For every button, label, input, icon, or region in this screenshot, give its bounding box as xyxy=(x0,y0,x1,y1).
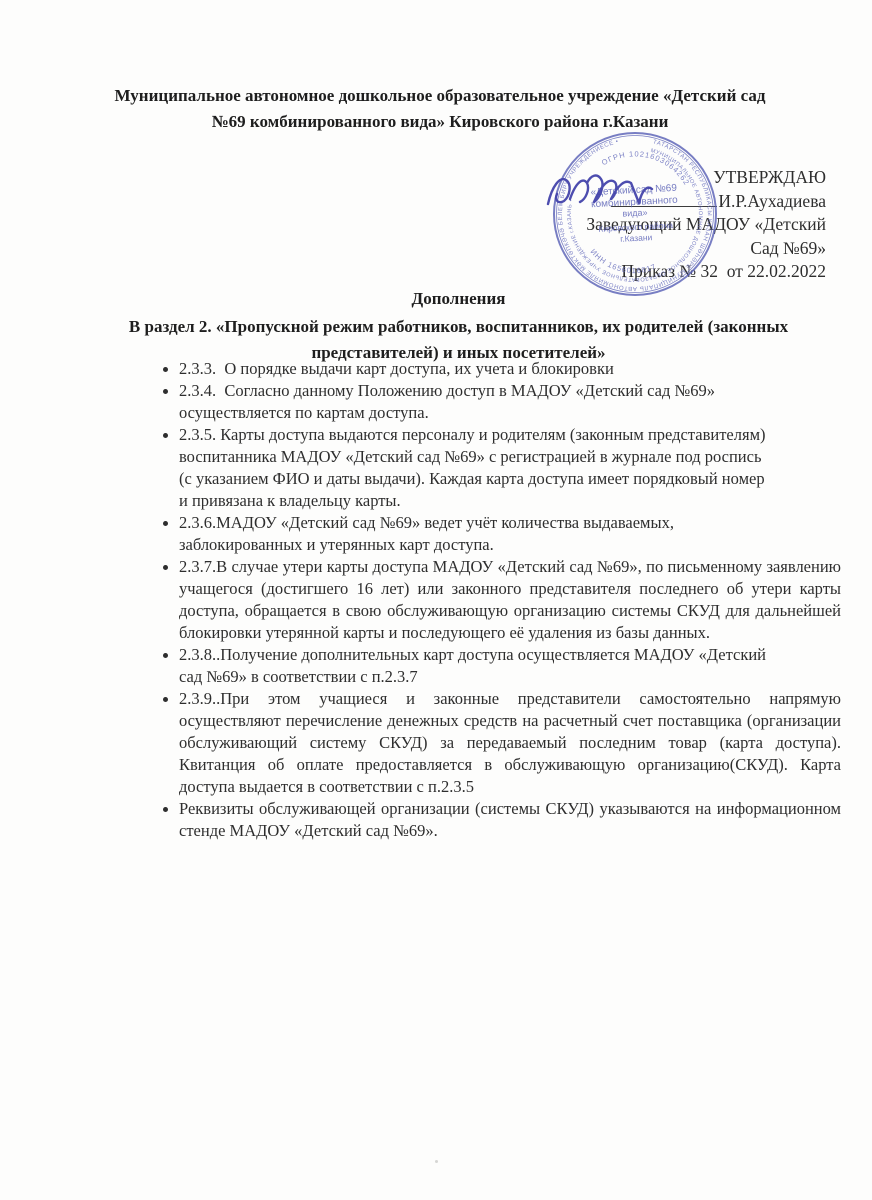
document-list: 2.3.3. О порядке выдачи карт доступа, их… xyxy=(160,358,841,842)
list-item: 2.3.8..Получение дополнительных карт дос… xyxy=(160,644,841,688)
list-item: 2.3.9..При этом учащиеся и законные пред… xyxy=(160,688,841,798)
scanned-document-page: Муниципальное автономное дошкольное обра… xyxy=(0,0,872,1200)
signatory-position-line2: Сад №69» xyxy=(496,237,826,261)
scan-speck xyxy=(435,1160,438,1163)
list-item: 2.3.5. Карты доступа выдаются персоналу … xyxy=(160,424,841,512)
approval-block: УТВЕРЖДАЮ И.Р.Аухадиева Заведующий МАДОУ… xyxy=(496,166,826,284)
approval-word: УТВЕРЖДАЮ xyxy=(496,166,826,190)
heading-additions: Дополнения xyxy=(115,289,802,309)
list-item: 2.3.4. Согласно данному Положению доступ… xyxy=(160,380,841,424)
document-title: Муниципальное автономное дошкольное обра… xyxy=(112,83,768,135)
signatory-name: И.Р.Аухадиева xyxy=(718,191,826,211)
list-item: Реквизиты обслуживающей организации (сис… xyxy=(160,798,841,842)
signatory-position-line1: Заведующий МАДОУ «Детский xyxy=(496,213,826,237)
signature-row: И.Р.Аухадиева xyxy=(496,190,826,214)
list-item: 2.3.3. О порядке выдачи карт доступа, их… xyxy=(160,358,841,380)
list-item: 2.3.6.МАДОУ «Детский сад №69» ведет учёт… xyxy=(160,512,841,556)
list-item: 2.3.7.В случае утери карты доступа МАДОУ… xyxy=(160,556,841,644)
signature-underline xyxy=(611,193,717,207)
order-number-line: Приказ № 32 от 22.02.2022 xyxy=(496,260,826,284)
